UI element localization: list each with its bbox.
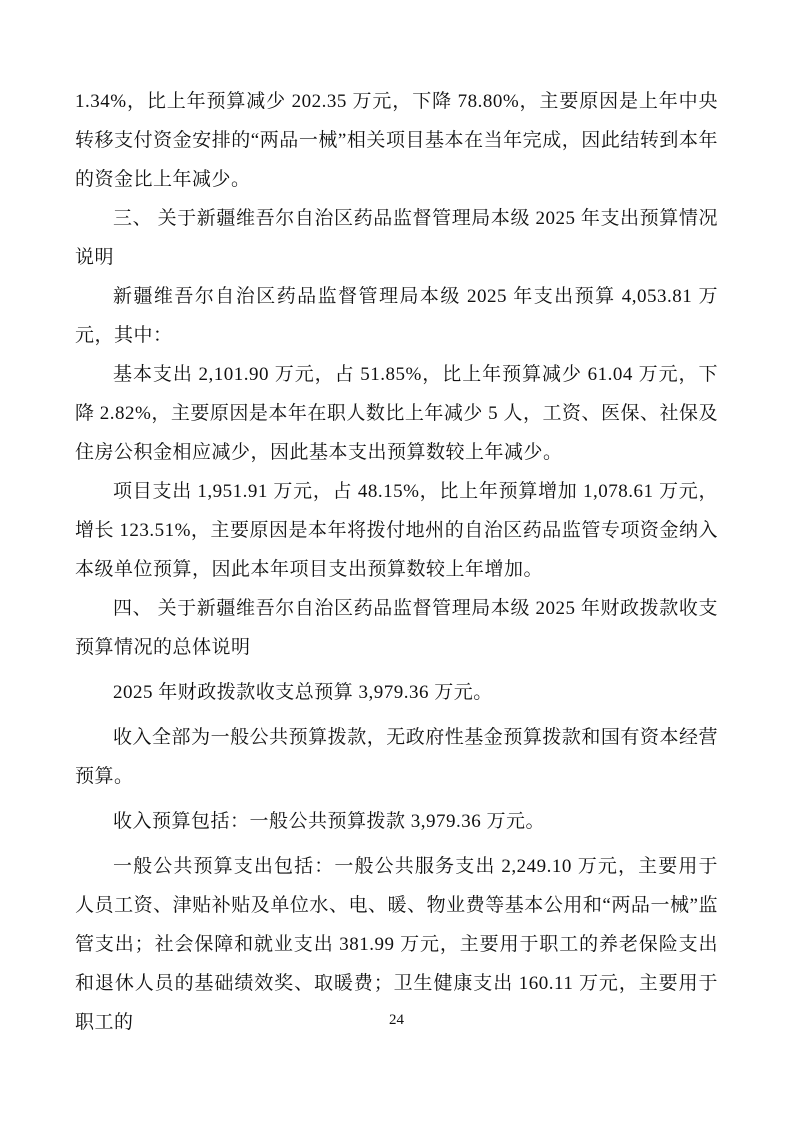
paragraph: 收入全部为一般公共预算拨款，无政府性基金预算拨款和国有资本经营预算。 — [75, 718, 718, 796]
document-page: 1.34%，比上年预算减少 202.35 万元，下降 78.80%，主要原因是上… — [0, 0, 793, 1122]
page-number: 24 — [0, 1008, 793, 1032]
paragraph: 基本支出 2,101.90 万元，占 51.85%，比上年预算减少 61.04 … — [75, 355, 718, 472]
paragraph: 项目支出 1,951.91 万元，占 48.15%，比上年预算增加 1,078.… — [75, 472, 718, 589]
paragraph: 新疆维吾尔自治区药品监督管理局本级 2025 年支出预算 4,053.81 万元… — [75, 277, 718, 355]
paragraph-continuation: 1.34%，比上年预算减少 202.35 万元，下降 78.80%，主要原因是上… — [75, 82, 718, 199]
section-heading-4: 四、 关于新疆维吾尔自治区药品监督管理局本级 2025 年财政拨款收支预算情况的… — [75, 589, 718, 667]
section-heading-3: 三、 关于新疆维吾尔自治区药品监督管理局本级 2025 年支出预算情况说明 — [75, 199, 718, 277]
paragraph: 2025 年财政拨款收支总预算 3,979.36 万元。 — [75, 673, 718, 712]
paragraph: 收入预算包括：一般公共预算拨款 3,979.36 万元。 — [75, 802, 718, 841]
page-body: 1.34%，比上年预算减少 202.35 万元，下降 78.80%，主要原因是上… — [75, 82, 718, 1042]
